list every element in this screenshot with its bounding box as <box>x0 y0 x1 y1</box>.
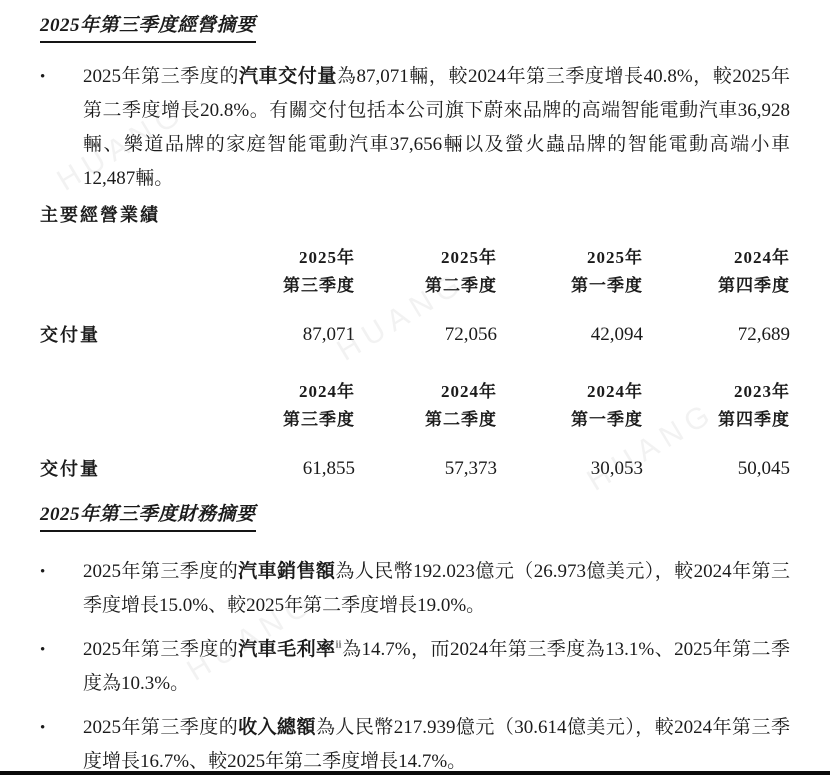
vehicle-sales-term: 汽車銷售額 <box>238 561 335 582</box>
column-header-quarter: 第四季度 <box>643 406 790 434</box>
page-bottom-rule <box>0 771 830 775</box>
column-header: 2025年 第一季度 <box>497 244 643 300</box>
delivery-value: 72,689 <box>643 322 790 348</box>
bullet-marker: • <box>40 60 83 196</box>
delivery-value: 87,071 <box>155 322 355 348</box>
vehicle-sales-bullet: • 2025年第三季度的汽車銷售額為人民幣192.023億元（26.973億美元… <box>40 555 790 623</box>
deliveries-table-2024: 2024年 第三季度 2024年 第二季度 2024年 第一季度 2023年 第… <box>40 378 790 482</box>
table-spacer <box>40 434 790 456</box>
column-header: 2024年 第二季度 <box>355 378 497 434</box>
delivery-value: 30,053 <box>497 456 643 482</box>
column-header: 2023年 第四季度 <box>643 378 790 434</box>
text-segment: 2025年第三季度的 <box>83 717 238 738</box>
total-revenues-text: 2025年第三季度的收入總額為人民幣217.939億元（30.614億美元），較… <box>83 711 790 778</box>
column-header-year: 2025年 <box>497 244 643 272</box>
delivery-value: 50,045 <box>643 456 790 482</box>
column-header-quarter: 第一季度 <box>497 406 643 434</box>
table-header-row: 2024年 第三季度 2024年 第二季度 2024年 第一季度 2023年 第… <box>40 378 790 434</box>
delivery-value: 72,056 <box>355 322 497 348</box>
text-segment: 2025年第三季度的 <box>83 66 239 87</box>
table-spacer <box>40 300 790 322</box>
delivery-summary-bullet: • 2025年第三季度的汽車交付量為87,071輛，較2024年第三季度增長40… <box>40 60 790 196</box>
column-header-year: 2024年 <box>643 244 790 272</box>
bullet-marker: • <box>40 555 83 623</box>
vehicle-margin-term: 汽車毛利率 <box>238 639 335 660</box>
column-header-quarter: 第一季度 <box>497 272 643 300</box>
vehicle-margin-bullet: • 2025年第三季度的汽車毛利率ii為14.7%，而2024年第三季度為13.… <box>40 633 790 701</box>
row-label-deliveries: 交付量 <box>40 322 155 348</box>
operating-summary-heading: 2025年第三季度經營摘要 <box>40 14 256 43</box>
table-header-row: 2025年 第三季度 2025年 第二季度 2025年 第一季度 2024年 第… <box>40 244 790 300</box>
column-header-year: 2024年 <box>155 378 355 406</box>
financial-summary-heading: 2025年第三季度財務摘要 <box>40 503 256 532</box>
column-header-quarter: 第四季度 <box>643 272 790 300</box>
document-page: HUANG HUANG HUANG HUANG 2025年第三季度經營摘要 • … <box>0 0 830 778</box>
table-row: 交付量 87,071 72,056 42,094 72,689 <box>40 322 790 348</box>
column-header: 2024年 第一季度 <box>497 378 643 434</box>
delivery-summary-text: 2025年第三季度的汽車交付量為87,071輛，較2024年第三季度增長40.8… <box>83 60 790 196</box>
column-header-quarter: 第二季度 <box>355 406 497 434</box>
column-header-year: 2025年 <box>155 244 355 272</box>
bullet-marker: • <box>40 711 83 778</box>
column-header-year: 2024年 <box>355 378 497 406</box>
column-header-year: 2024年 <box>497 378 643 406</box>
vehicle-deliveries-term: 汽車交付量 <box>239 66 337 87</box>
header-spacer-cell <box>40 378 155 434</box>
column-header-quarter: 第二季度 <box>355 272 497 300</box>
column-header-year: 2025年 <box>355 244 497 272</box>
column-header: 2024年 第四季度 <box>643 244 790 300</box>
column-header-year: 2023年 <box>643 378 790 406</box>
text-segment: 2025年第三季度的 <box>83 639 238 660</box>
delivery-value: 61,855 <box>155 456 355 482</box>
delivery-value: 57,373 <box>355 456 497 482</box>
column-header-quarter: 第三季度 <box>155 272 355 300</box>
column-header: 2024年 第三季度 <box>155 378 355 434</box>
financial-summary-section: 2025年第三季度財務摘要 <box>40 503 790 532</box>
column-header: 2025年 第二季度 <box>355 244 497 300</box>
vehicle-sales-text: 2025年第三季度的汽車銷售額為人民幣192.023億元（26.973億美元），… <box>83 555 790 623</box>
delivery-value: 42,094 <box>497 322 643 348</box>
row-label-deliveries: 交付量 <box>40 456 155 482</box>
column-header: 2025年 第三季度 <box>155 244 355 300</box>
deliveries-table-2025: 2025年 第三季度 2025年 第二季度 2025年 第一季度 2024年 第… <box>40 244 790 348</box>
key-operating-results-heading: 主要經營業績 <box>40 203 790 227</box>
header-spacer-cell <box>40 244 155 300</box>
column-header-quarter: 第三季度 <box>155 406 355 434</box>
bullet-marker: • <box>40 633 83 701</box>
table-row: 交付量 61,855 57,373 30,053 50,045 <box>40 456 790 482</box>
total-revenues-term: 收入總額 <box>238 717 316 738</box>
vehicle-margin-text: 2025年第三季度的汽車毛利率ii為14.7%，而2024年第三季度為13.1%… <box>83 633 790 701</box>
total-revenues-bullet: • 2025年第三季度的收入總額為人民幣217.939億元（30.614億美元）… <box>40 711 790 778</box>
text-segment: 2025年第三季度的 <box>83 561 238 582</box>
operating-summary-section: 2025年第三季度經營摘要 <box>40 14 790 43</box>
